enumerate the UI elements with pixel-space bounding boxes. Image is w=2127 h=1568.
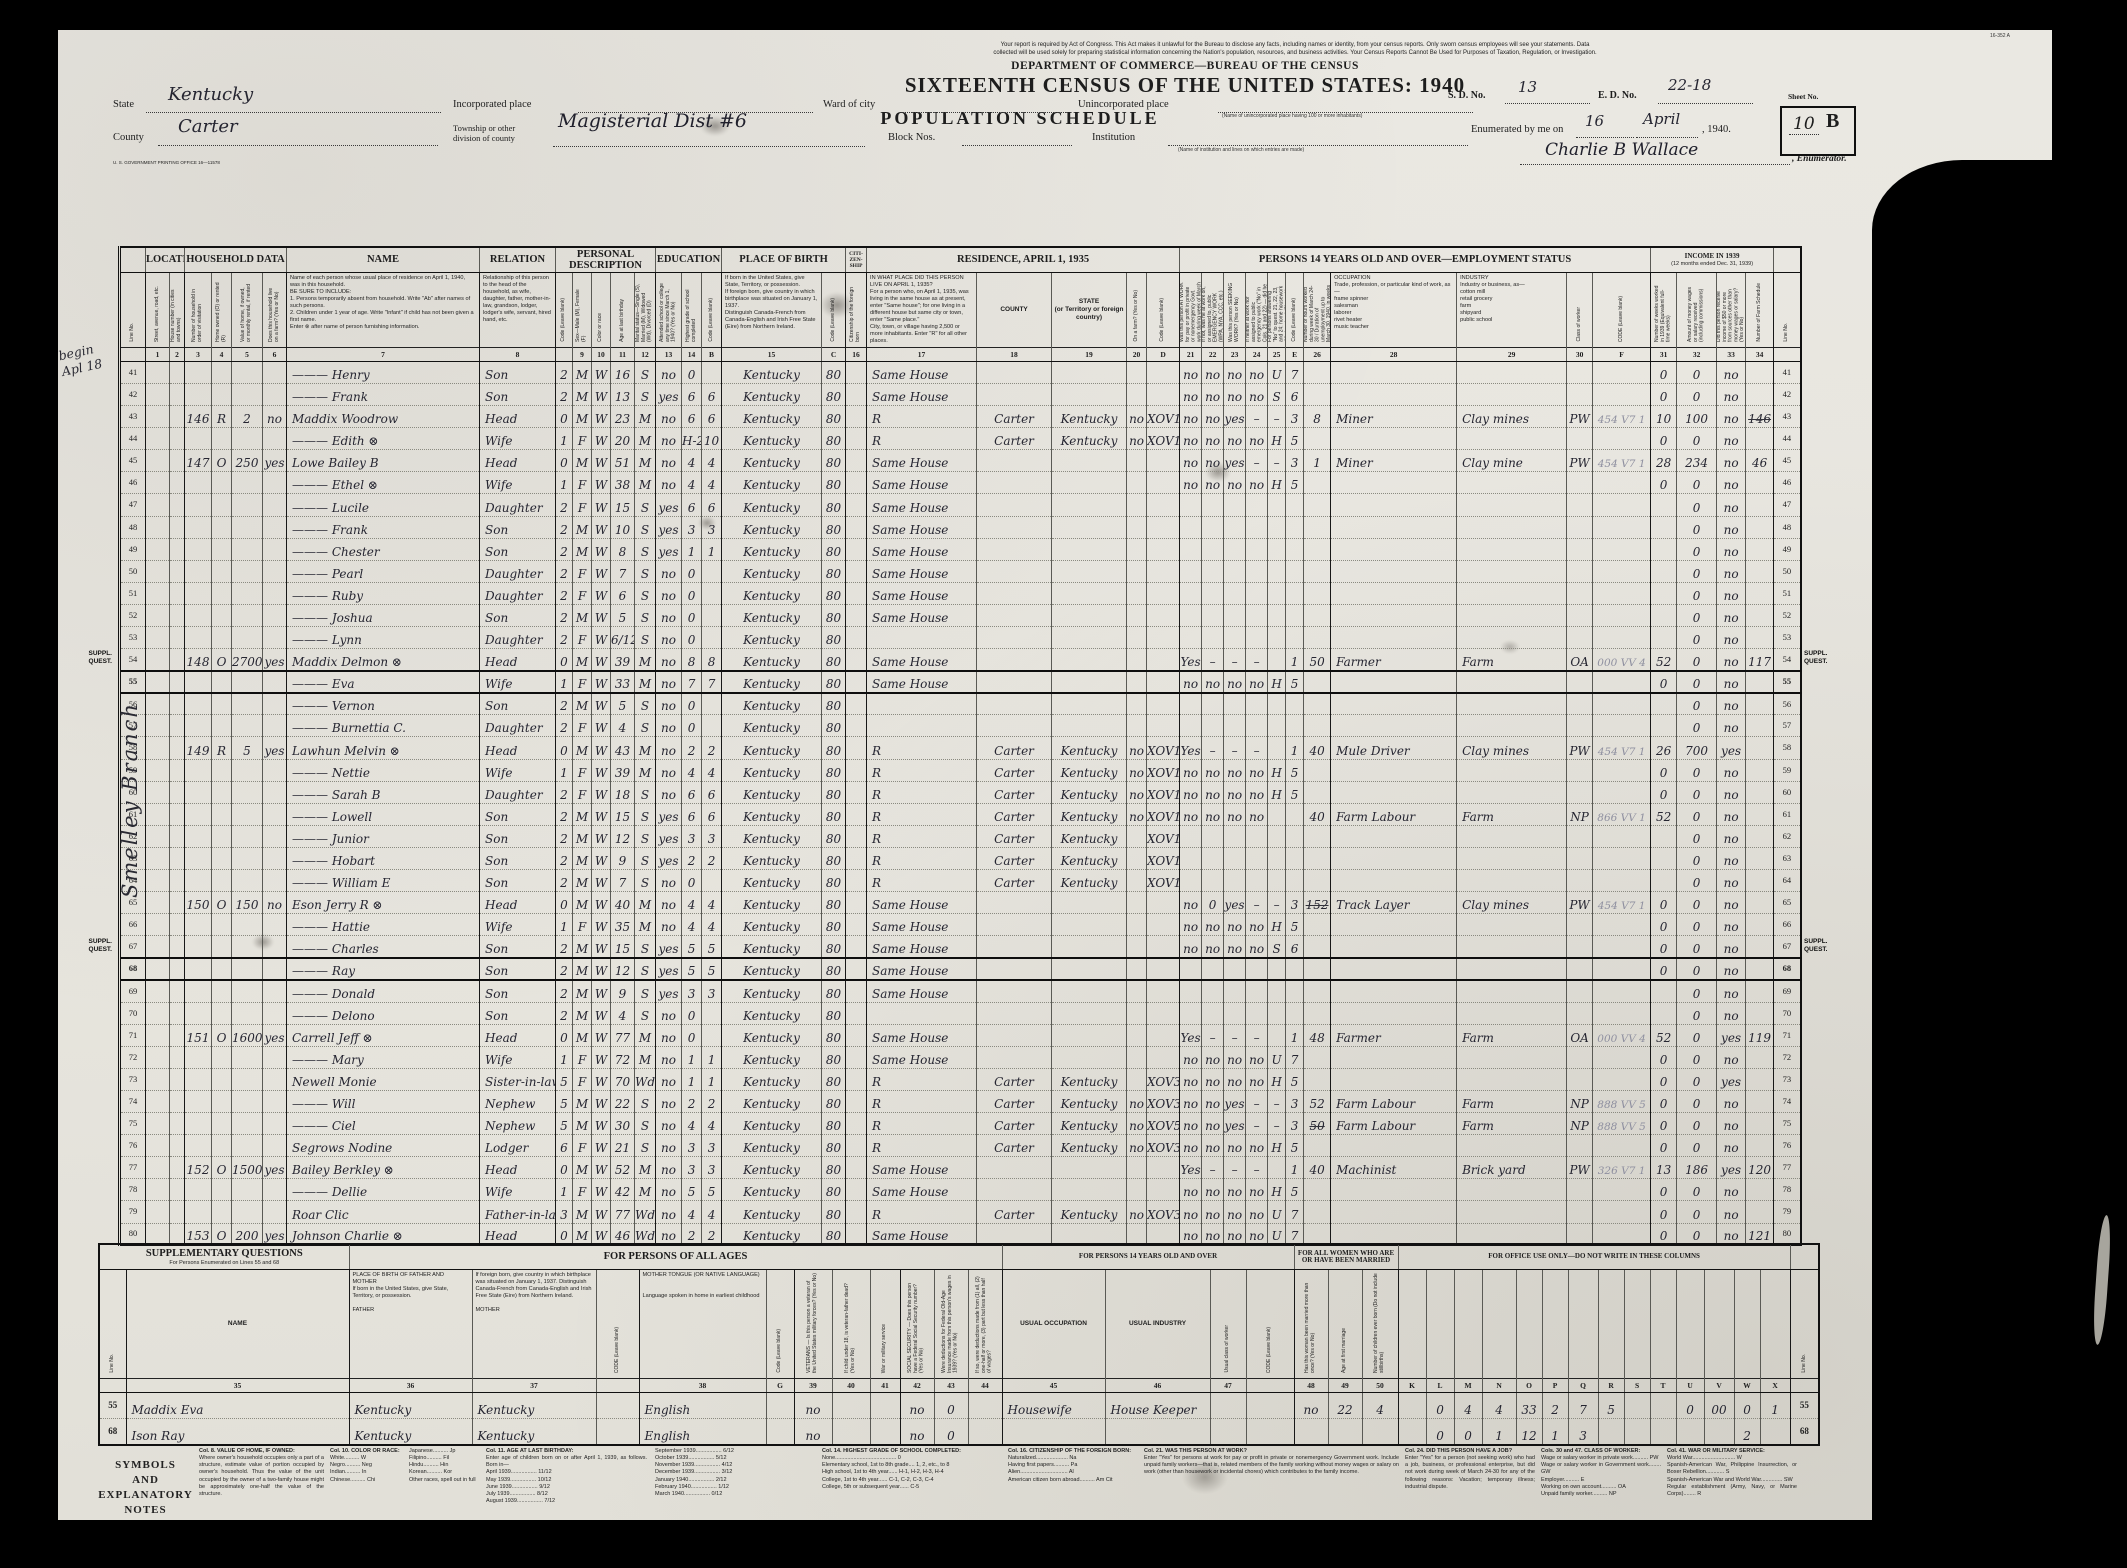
cell-gc — [702, 560, 722, 582]
cell-cls: PW — [1567, 1157, 1593, 1179]
cell-cls — [1567, 1068, 1593, 1090]
cell-house — [170, 715, 185, 737]
cell-res — [867, 1002, 977, 1024]
cell-mar: M — [635, 406, 656, 428]
cell-val — [232, 759, 263, 781]
township-value: Magisterial Dist #6 — [558, 110, 747, 132]
cell-pc: 5 — [556, 1068, 573, 1090]
cell-e1 — [1180, 560, 1202, 582]
column-number-e3: 23 — [1224, 347, 1246, 361]
column-desc-text: CODE (Leave blank) — [1267, 1327, 1273, 1373]
cell-sex: M — [573, 825, 592, 847]
cell-e1: no — [1180, 1090, 1202, 1112]
cell-gr: 0 — [682, 693, 702, 715]
cell-e6: 3 — [1286, 406, 1304, 428]
cell-ten — [212, 914, 232, 936]
cell-lineR: 68 — [1774, 958, 1801, 980]
cell-e3: yes — [1224, 406, 1246, 428]
cell-sind — [1105, 1419, 1210, 1445]
cell-street — [146, 582, 170, 604]
cell-oth: no — [1717, 383, 1746, 405]
cell-farm — [263, 825, 287, 847]
column-desc-e2: If not, was he at work on, or assigned t… — [1202, 273, 1224, 348]
cell-inc: 0 — [1677, 1046, 1717, 1068]
group-label: INCOME IN 1939 — [1651, 253, 1773, 260]
block-label: Block Nos. — [888, 132, 935, 143]
column-desc-inc: Amount of money wages or salary received… — [1677, 273, 1717, 348]
cell-bpc: 80 — [822, 870, 846, 892]
cell-mar: S — [635, 715, 656, 737]
cell-cls — [1567, 759, 1593, 781]
cell-e5: H — [1268, 1068, 1286, 1090]
cell-gc: 6 — [702, 803, 722, 825]
cell-sched — [1746, 1068, 1774, 1090]
cell-race: W — [592, 1201, 611, 1223]
cell-house — [170, 1113, 185, 1135]
cell-hh: 152 — [185, 1157, 212, 1179]
cell-occ — [1331, 759, 1457, 781]
cell-sex: M — [573, 847, 592, 869]
cell-pc: 2 — [556, 781, 573, 803]
cell-sched — [1746, 1090, 1774, 1112]
cell-sched — [1746, 560, 1774, 582]
column-desc-text: Home owned (O) or rented (R) — [216, 282, 228, 342]
cell-cty — [977, 516, 1052, 538]
cell-hh — [185, 715, 212, 737]
column-number-ss43: 43 — [934, 1379, 968, 1393]
cell-sched — [1746, 604, 1774, 626]
cell-cty — [977, 1179, 1052, 1201]
cell-e5 — [1268, 582, 1286, 604]
cell-lineL: 71 — [120, 1024, 146, 1046]
cell-farm — [263, 914, 287, 936]
cell-rel: Son — [480, 825, 556, 847]
cell-gr: 0 — [682, 870, 702, 892]
cell-cit — [846, 1068, 867, 1090]
cell-e4: – — [1246, 649, 1268, 671]
cell-lineR: 45 — [1774, 450, 1801, 472]
cell-cls: OA — [1567, 649, 1593, 671]
column-desc-o6 — [1542, 1270, 1568, 1379]
cell-rcode — [1147, 1223, 1180, 1245]
cell-o10 — [1650, 1419, 1676, 1445]
cell-lineR: 70 — [1774, 1002, 1801, 1024]
cell-oth: no — [1717, 847, 1746, 869]
cell-street — [146, 781, 170, 803]
cell-bpc: 80 — [822, 516, 846, 538]
cell-res: R — [867, 781, 977, 803]
column-number-o11: U — [1676, 1379, 1704, 1393]
cell-e1: no — [1180, 1046, 1202, 1068]
cell-house — [170, 472, 185, 494]
cell-race: W — [592, 1090, 611, 1112]
enumeration-year: , 1940. — [1702, 124, 1731, 135]
cell-street — [146, 1201, 170, 1223]
cell-sex: F — [573, 428, 592, 450]
cell-gr: 6 — [682, 383, 702, 405]
cell-ten — [212, 936, 232, 958]
cell-e4 — [1246, 825, 1268, 847]
cell-rel: Sister-in-law — [480, 1068, 556, 1090]
column-number-w48: 48 — [1294, 1379, 1328, 1393]
state-line — [146, 100, 441, 113]
cell-occ — [1331, 936, 1457, 958]
cell-e4: no — [1246, 472, 1268, 494]
cell-street — [146, 671, 170, 693]
cell-e1: Yes — [1180, 649, 1202, 671]
cell-val — [232, 428, 263, 450]
cell-cty: Carter — [977, 1090, 1052, 1112]
schedule-row-line-45: 45147O250yesLowe Bailey BHead0MW51Mno44K… — [120, 450, 1801, 472]
cell-sched — [1746, 847, 1774, 869]
cell-lineL: 75 — [120, 1113, 146, 1135]
column-desc-text: Amount of money wages or salary received… — [1688, 282, 1705, 342]
cell-rfarm — [1127, 715, 1147, 737]
cell-gr: 0 — [682, 715, 702, 737]
cell-house — [170, 1179, 185, 1201]
census-scan-page: { "colors":{"paper":"#e8e6df","ink":"#1d… — [0, 0, 2127, 1568]
cell-sex: M — [573, 1201, 592, 1223]
cell-rcode — [1147, 715, 1180, 737]
cell-rfarm — [1127, 649, 1147, 671]
cell-val — [232, 980, 263, 1002]
cell-hh: 150 — [185, 892, 212, 914]
cell-hrs: 50 — [1304, 649, 1331, 671]
cell-gr: 1 — [682, 538, 702, 560]
cell-occ: Farmer — [1331, 649, 1457, 671]
cell-val: 2700 — [232, 649, 263, 671]
column-desc-ss44: If so, were deductions made from (1) all… — [968, 1270, 1002, 1379]
cell-o9 — [1624, 1419, 1650, 1445]
cell-occ — [1331, 1179, 1457, 1201]
cell-gc: 4 — [702, 759, 722, 781]
cell-w49: 22 — [1328, 1393, 1362, 1419]
cell-sch: yes — [656, 847, 682, 869]
cell-bpc: 80 — [822, 604, 846, 626]
cell-cty — [977, 538, 1052, 560]
cell-house — [170, 1090, 185, 1112]
cell-e6: 3 — [1286, 892, 1304, 914]
column-desc-text: Number of children ever born (Do not inc… — [1374, 1273, 1386, 1373]
column-number-mother: 37 — [472, 1379, 596, 1393]
cell-rcode — [1147, 626, 1180, 648]
cell-e6 — [1286, 604, 1304, 626]
cell-codef: 888 VV 5 — [1593, 1090, 1651, 1112]
column-number-o1: K — [1398, 1379, 1426, 1393]
cell-o3: 4 — [1454, 1393, 1482, 1419]
column-desc-w50: Number of children ever born (Do not inc… — [1362, 1270, 1398, 1379]
cell-bpc: 80 — [822, 936, 846, 958]
ward-label: Ward of city — [823, 99, 875, 110]
cell-rcode — [1147, 560, 1180, 582]
cell-ind — [1457, 671, 1567, 693]
cell-ind — [1457, 1068, 1567, 1090]
schedule-row-line-60: 60——— Sarah BDaughter2FW18Sno66Kentucky8… — [120, 781, 1801, 803]
column-number-rcode: D — [1147, 347, 1180, 361]
cell-sched — [1746, 781, 1774, 803]
cell-inc: 0 — [1677, 980, 1717, 1002]
cell-house — [170, 847, 185, 869]
column-number-v39: 39 — [794, 1379, 832, 1393]
cell-e5 — [1268, 604, 1286, 626]
note-title: Col. 11. AGE AT LAST BIRTHDAY: — [486, 1448, 647, 1455]
cell-ten: O — [212, 649, 232, 671]
cell-codef — [1593, 582, 1651, 604]
cell-pc: 2 — [556, 582, 573, 604]
cell-cit — [846, 1090, 867, 1112]
cell-e3: no — [1224, 383, 1246, 405]
cell-res: Same House — [867, 472, 977, 494]
column-number-mar: 12 — [635, 347, 656, 361]
cell-cit — [846, 825, 867, 847]
cell-sch: no — [656, 1090, 682, 1112]
cell-e1 — [1180, 825, 1202, 847]
column-desc-ss43: Were deductions for Federal Old-Age Insu… — [934, 1270, 968, 1379]
cell-e5 — [1268, 560, 1286, 582]
enumerated-label: Enumerated by me on — [1471, 124, 1563, 135]
cell-mar: S — [635, 1113, 656, 1135]
cell-ind — [1457, 516, 1567, 538]
cell-pc: 1 — [556, 1046, 573, 1068]
cell-e6: 7 — [1286, 1046, 1304, 1068]
cell-st — [1052, 450, 1127, 472]
cell-cls — [1567, 847, 1593, 869]
cell-bp: Kentucky — [722, 936, 822, 958]
cell-sex: M — [573, 980, 592, 1002]
cell-sched — [1746, 825, 1774, 847]
cell-lineL: 70 — [120, 1002, 146, 1024]
cell-bpc: 80 — [822, 494, 846, 516]
cell-age: 5 — [611, 604, 635, 626]
cell-codef: 454 V7 1 — [1593, 737, 1651, 759]
cell-st — [1052, 383, 1127, 405]
cell-street — [146, 1135, 170, 1157]
cell-rfarm: no — [1127, 428, 1147, 450]
cell-ind — [1457, 1002, 1567, 1024]
cell-rcode — [1147, 516, 1180, 538]
cell-rel: Son — [480, 693, 556, 715]
schedule-row-line-70: 70——— DelonoSon2MW4Sno0Kentucky800no70 — [120, 1002, 1801, 1024]
cell-hrs — [1304, 759, 1331, 781]
cell-sex: M — [573, 1223, 592, 1245]
cell-bp: Kentucky — [722, 1223, 822, 1245]
cell-cls — [1567, 914, 1593, 936]
column-desc-pc: Code (Leave blank) — [556, 273, 573, 348]
cell-wks: 0 — [1651, 936, 1677, 958]
cell-occ — [1331, 604, 1457, 626]
column-desc-rel: Relationship of this person to the head … — [480, 273, 556, 348]
cell-cls — [1567, 958, 1593, 980]
cell-st — [1052, 1223, 1127, 1245]
cell-val — [232, 516, 263, 538]
cell-rel: Father-in-law — [480, 1201, 556, 1223]
cell-e5: – — [1268, 450, 1286, 472]
cell-gc — [702, 361, 722, 383]
cell-cit — [846, 1201, 867, 1223]
cell-rel: Son — [480, 361, 556, 383]
cell-pc: 0 — [556, 649, 573, 671]
cell-gr: 6 — [682, 494, 702, 516]
cell-name: ——— Ethel ⊗ — [287, 472, 480, 494]
cell-ind: Farm — [1457, 649, 1567, 671]
cell-e3: yes — [1224, 1090, 1246, 1112]
cell-val — [232, 383, 263, 405]
cell-oth: no — [1717, 582, 1746, 604]
cell-ind — [1457, 383, 1567, 405]
cell-house — [170, 693, 185, 715]
cell-age: 15 — [611, 494, 635, 516]
cell-age: 21 — [611, 1135, 635, 1157]
column-number-sch: 13 — [656, 347, 682, 361]
cell-e6: 3 — [1286, 1090, 1304, 1112]
cell-rel: Son — [480, 604, 556, 626]
cell-age: 12 — [611, 825, 635, 847]
cell-inc: 0 — [1677, 715, 1717, 737]
cell-e3 — [1224, 847, 1246, 869]
group-label: PERSONAL DESCRIPTION — [556, 249, 655, 271]
cell-hrs — [1304, 428, 1331, 450]
cell-res: Same House — [867, 892, 977, 914]
cell-rel: Daughter — [480, 560, 556, 582]
cell-e3: no — [1224, 1046, 1246, 1068]
cell-bpc: 80 — [822, 428, 846, 450]
cell-rel: Wife — [480, 759, 556, 781]
cell-e6: 3 — [1286, 450, 1304, 472]
cell-race: W — [592, 892, 611, 914]
cell-e4: no — [1246, 361, 1268, 383]
cell-e1: no — [1180, 1068, 1202, 1090]
cell-res: Same House — [867, 582, 977, 604]
cell-oth: no — [1717, 1179, 1746, 1201]
cell-lineR: 46 — [1774, 472, 1801, 494]
column-desc-cls: Class of worker — [1567, 273, 1593, 348]
cell-e4: – — [1246, 892, 1268, 914]
cell-hh: 146 — [185, 406, 212, 428]
column-desc-o13 — [1734, 1270, 1760, 1379]
cell-rcode — [1147, 1179, 1180, 1201]
cell-res: R — [867, 847, 977, 869]
cell-pc: 2 — [556, 847, 573, 869]
cell-ind — [1457, 472, 1567, 494]
cell-hh — [185, 560, 212, 582]
cell-lineL: 79 — [120, 1201, 146, 1223]
cell-rcode — [1147, 1157, 1180, 1179]
cell-rel: Head — [480, 406, 556, 428]
cell-wks: 0 — [1651, 958, 1677, 980]
cell-oth: no — [1717, 560, 1746, 582]
cell-e6: 5 — [1286, 1135, 1304, 1157]
cell-sex: M — [573, 737, 592, 759]
cell-e2 — [1202, 516, 1224, 538]
cell-hrs: 40 — [1304, 803, 1331, 825]
group-label: NAME — [287, 254, 479, 265]
cell-mar: S — [635, 626, 656, 648]
cell-res: R — [867, 825, 977, 847]
column-desc-ind: INDUSTRY Industry or business, as— cotto… — [1457, 273, 1567, 348]
cell-bp: Kentucky — [722, 383, 822, 405]
note-title: Col. 16. CITIZENSHIP OF THE FOREIGN BORN… — [1008, 1448, 1138, 1455]
cell-inc: 0 — [1677, 604, 1717, 626]
cell-rfarm — [1127, 361, 1147, 383]
cell-e4: no — [1246, 781, 1268, 803]
schedule-row-line-44: 44——— Edith ⊗Wife1FW20MnoH-210Kentucky80… — [120, 428, 1801, 450]
cell-rcode — [1147, 671, 1180, 693]
cell-farm: yes — [263, 1024, 287, 1046]
cell-age: 52 — [611, 1157, 635, 1179]
column-number-e4: 24 — [1246, 347, 1268, 361]
cell-street — [146, 560, 170, 582]
cell-street — [146, 450, 170, 472]
cell-sched — [1746, 1002, 1774, 1024]
cell-rcode: XOV1 — [1147, 759, 1180, 781]
cell-farm — [263, 428, 287, 450]
cell-res: Same House — [867, 516, 977, 538]
cell-st — [1052, 1002, 1127, 1024]
cell-codef — [1593, 781, 1651, 803]
column-desc-rcode: Code (Leave blank) — [1147, 273, 1180, 348]
cell-gr: 8 — [682, 649, 702, 671]
cell-sex: M — [573, 1157, 592, 1179]
column-number-slineR — [1790, 1379, 1819, 1393]
cell-bp: Kentucky — [722, 626, 822, 648]
column-number-e1: 21 — [1180, 347, 1202, 361]
cell-e6 — [1286, 560, 1304, 582]
column-number-row: 35363738G394041424344454647484950KLMNOPQ… — [99, 1379, 1819, 1393]
cell-occ — [1331, 980, 1457, 1002]
cell-codef — [1593, 693, 1651, 715]
cell-cls: OA — [1567, 1024, 1593, 1046]
column-number-o6: P — [1542, 1379, 1568, 1393]
cell-e5: H — [1268, 759, 1286, 781]
cell-gr: 4 — [682, 1113, 702, 1135]
schedule-row-line-47: 47——— LucileDaughter2FW15Syes66Kentucky8… — [120, 494, 1801, 516]
township-line — [553, 134, 865, 147]
cell-sch: no — [656, 1002, 682, 1024]
cell-e4 — [1246, 626, 1268, 648]
cell-hrs — [1304, 781, 1331, 803]
cell-e2 — [1202, 494, 1224, 516]
cell-e6: 5 — [1286, 759, 1304, 781]
cell-o7: 7 — [1568, 1393, 1598, 1419]
cell-cit — [846, 914, 867, 936]
cell-gc: 4 — [702, 450, 722, 472]
cell-bpc: 80 — [822, 1002, 846, 1024]
cell-e2 — [1202, 958, 1224, 980]
cell-hh — [185, 626, 212, 648]
cell-name: ——— Nettie — [287, 759, 480, 781]
note-block-5: Col. 16. CITIZENSHIP OF THE FOREIGN BORN… — [1008, 1448, 1138, 1517]
column-desc-text: Age at first marriage — [1342, 1328, 1348, 1373]
cell-race: W — [592, 980, 611, 1002]
cell-o12 — [1704, 1419, 1734, 1445]
cell-inc: 0 — [1677, 870, 1717, 892]
table-body: 55Maddix EvaKentuckyKentuckyEnglishnono0… — [99, 1393, 1819, 1445]
cell-mar: S — [635, 693, 656, 715]
cell-oth: yes — [1717, 1157, 1746, 1179]
cell-e2: no — [1202, 428, 1224, 450]
cell-inc: 0 — [1677, 560, 1717, 582]
cell-hrs — [1304, 936, 1331, 958]
cell-o8: 5 — [1598, 1393, 1624, 1419]
cell-rel: Son — [480, 516, 556, 538]
cell-rcode — [1147, 958, 1180, 980]
cell-hh — [185, 494, 212, 516]
cell-street — [146, 715, 170, 737]
cell-rel: Head — [480, 737, 556, 759]
cell-gr: 3 — [682, 825, 702, 847]
schedule-row-line-77: 77152O1500yesBailey Berkley ⊗Head0MW52Mn… — [120, 1157, 1801, 1179]
cell-bpc: 80 — [822, 626, 846, 648]
